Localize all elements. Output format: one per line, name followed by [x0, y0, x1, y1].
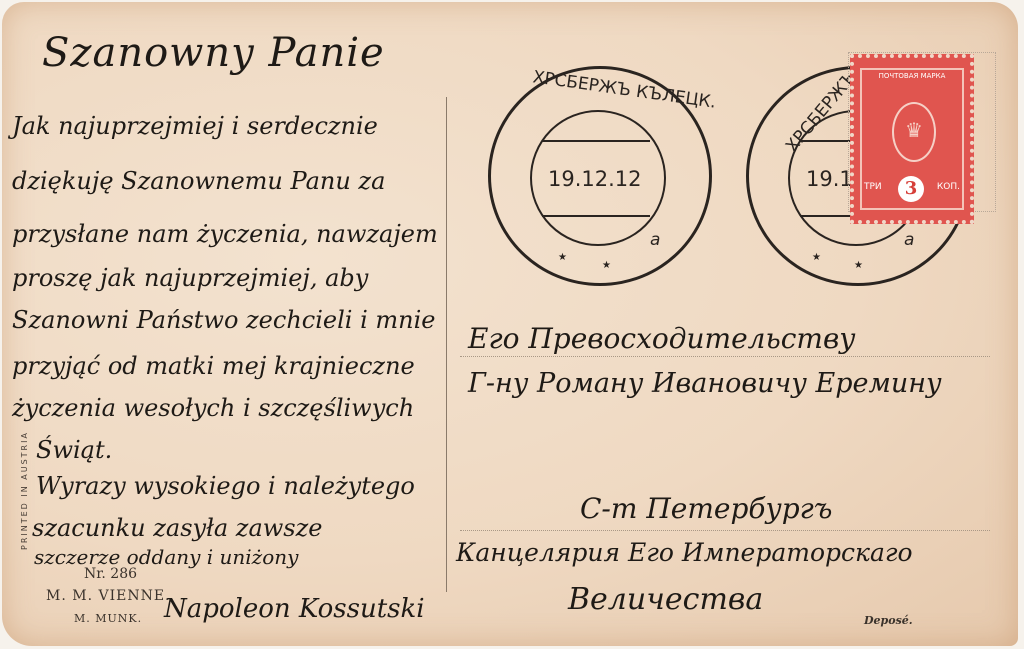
- postcard-back: Szanowny Panie Jak najuprzejmiej i serde…: [2, 2, 1018, 646]
- stamp-right-label: КОП.: [937, 182, 960, 192]
- postage-stamp: ПОЧТОВАЯ МАРКА ♛ ТРИ 3 КОП.: [850, 54, 974, 224]
- message-line: przysłane nam życzenia, nawzajem: [12, 220, 438, 248]
- stamp-value: 3: [898, 176, 924, 202]
- message-line: życzenia wesołych i szczęśliwych: [12, 394, 414, 422]
- message-line: szacunku zasyła zawsze: [32, 514, 322, 542]
- address-rule: [460, 356, 990, 357]
- printed-in-austria-label: PRINTED IN AUSTRIA: [20, 431, 29, 550]
- message-line: szczerze oddany i uniżony: [34, 545, 298, 569]
- message-signature: Napoleon Kossutski: [164, 594, 425, 624]
- postmark-suffix: а: [650, 230, 660, 250]
- deposit-mark: Deposé.: [864, 614, 913, 627]
- message-line: Wyrazy wysokiego i należytego: [36, 472, 415, 500]
- message-line: Jak najuprzejmiej i serdecznie: [12, 112, 378, 140]
- publisher-line2: M. MUNK.: [74, 612, 142, 625]
- message-line: Szanowni Państwo zechcieli i mnie: [12, 306, 435, 334]
- address-line5: Величества: [568, 582, 763, 617]
- message-line: przyjąć od matki mej krajnieczne: [12, 352, 415, 380]
- stamp-header: ПОЧТОВАЯ МАРКА: [866, 72, 958, 80]
- message-line: proszę jak najuprzejmiej, aby: [12, 264, 368, 292]
- message-line: dziękuję Szanownemu Panu za: [12, 167, 385, 195]
- address-line1: Его Превосходительству: [468, 322, 856, 355]
- address-line2: Г-ну Роману Ивановичу Еремину: [468, 368, 942, 399]
- card-divider: [446, 97, 447, 592]
- stamp-left-label: ТРИ: [864, 182, 882, 192]
- address-line3: С-т Петербургъ: [580, 492, 832, 525]
- postmark-date: 19.12.12: [548, 167, 642, 191]
- postmark-suffix: а: [904, 230, 914, 250]
- eagle-emblem-icon: ♛: [892, 102, 936, 162]
- message-line: Świąt.: [36, 436, 112, 464]
- address-line4: Канцелярия Его Императорскаго: [456, 538, 913, 567]
- publisher-line1: M. M. VIENNE.: [46, 588, 171, 604]
- message-greeting: Szanowny Panie: [42, 30, 385, 76]
- address-rule: [460, 530, 990, 531]
- publisher-number: Nr. 286: [84, 566, 137, 582]
